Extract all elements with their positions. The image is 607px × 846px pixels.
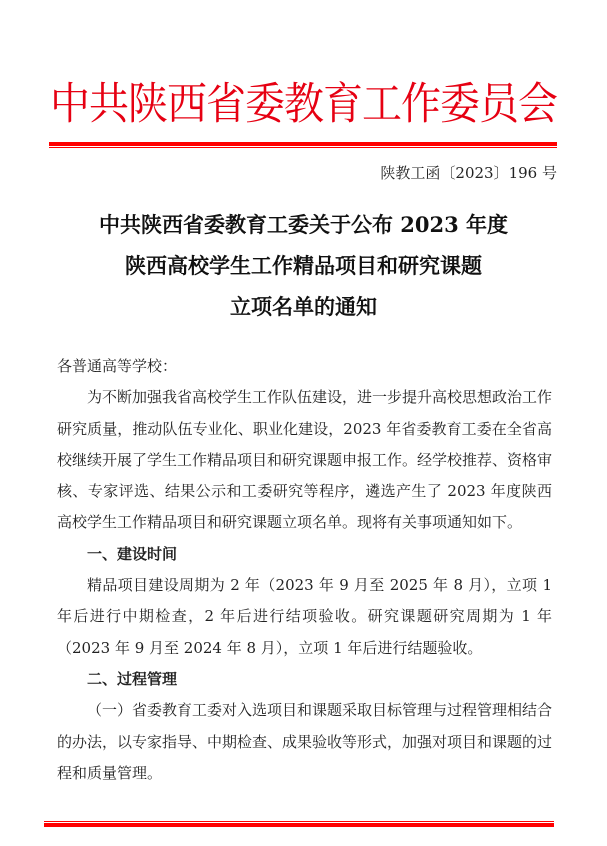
section-heading-2: 二、过程管理 [57,664,552,695]
document-title: 中共陕西省委教育工委关于公布 2023 年度 陕西高校学生工作精品项目和研究课题… [0,204,607,327]
document-number: 陕教工函〔2023〕196 号 [380,163,557,183]
footer-rule-thick [44,823,554,827]
intro-paragraph: 为不断加强我省高校学生工作队伍建设，进一步提升高校思想政治工作研究质量，推动队伍… [57,382,552,538]
title-line-3: 立项名单的通知 [0,286,607,327]
masthead-title: 中共陕西省委教育工作委员会 [0,78,607,131]
salutation: 各普通高等学校： [57,351,552,382]
title-line-2: 陕西高校学生工作精品项目和研究课题 [0,245,607,286]
footer-rule-thin [44,821,554,822]
masthead-rule-thin [49,147,557,148]
masthead-rule-thick [49,142,557,146]
title-line-1: 中共陕西省委教育工委关于公布 2023 年度 [0,204,607,245]
section-1-paragraph: 精品项目建设周期为 2 年（2023 年 9 月至 2025 年 8 月），立项… [57,570,552,664]
section-2-paragraph: （一）省委教育工委对入选项目和课题采取目标管理与过程管理相结合的办法，以专家指导… [57,695,552,789]
section-heading-1: 一、建设时间 [57,539,552,570]
document-body: 各普通高等学校： 为不断加强我省高校学生工作队伍建设，进一步提升高校思想政治工作… [57,351,552,789]
